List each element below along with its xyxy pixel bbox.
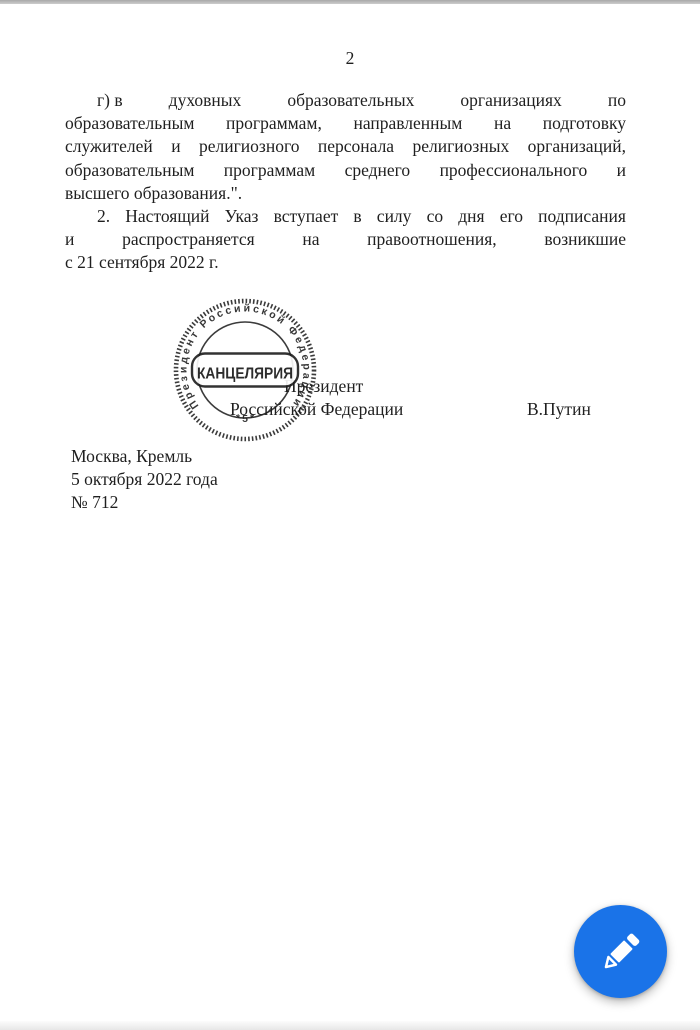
body-word: Настоящий bbox=[125, 205, 209, 228]
body-word: программам bbox=[224, 159, 315, 182]
document-body: г) вдуховныхобразовательныхорганизацияхп… bbox=[65, 89, 626, 275]
body-word: религиозных bbox=[413, 135, 510, 158]
body-word: в bbox=[353, 205, 361, 228]
body-word: вступает bbox=[274, 205, 339, 228]
body-word: образовательным bbox=[65, 159, 194, 182]
body-word: силу bbox=[377, 205, 412, 228]
body-word: распространяется bbox=[122, 228, 255, 251]
body-word: и bbox=[65, 228, 74, 251]
body-word: подготовку bbox=[543, 112, 626, 135]
body-word: 2. bbox=[97, 205, 110, 228]
signature-name: В.Путин bbox=[527, 399, 591, 420]
decree-number: № 712 bbox=[71, 491, 218, 514]
body-word: духовных bbox=[169, 89, 242, 112]
body-word: среднего bbox=[345, 159, 411, 182]
body-word: образовательных bbox=[287, 89, 414, 112]
body-line: с 21 сентября 2022 г. bbox=[65, 251, 626, 274]
page-separator-top bbox=[0, 0, 700, 4]
body-word: и bbox=[171, 135, 180, 158]
body-word: профессионального bbox=[440, 159, 588, 182]
body-word: образовательным bbox=[65, 112, 194, 135]
body-word: возникшие bbox=[544, 228, 626, 251]
issuance-place: Москва, Кремль bbox=[71, 445, 218, 468]
pencil-icon bbox=[598, 929, 644, 975]
body-word: правоотношения, bbox=[367, 228, 496, 251]
body-line: 2.НастоящийУказвступаетвсилусодняегоподп… bbox=[97, 205, 626, 228]
body-word: подписания bbox=[538, 205, 626, 228]
body-word: по bbox=[608, 89, 626, 112]
body-word: дня bbox=[458, 205, 484, 228]
issuance-block: Москва, Кремль 5 октября 2022 года № 712 bbox=[71, 445, 218, 515]
stamp-center-label: КАНЦЕЛЯРИЯ bbox=[197, 366, 293, 383]
edit-fab-button[interactable] bbox=[574, 905, 667, 998]
body-word: г) в bbox=[97, 89, 123, 112]
body-line: высшего образования.". bbox=[65, 182, 626, 205]
body-word: и bbox=[617, 159, 626, 182]
body-line: служителейирелигиозногоперсоналарелигиоз… bbox=[65, 135, 626, 158]
chancellery-stamp: Президент Российской Федерации * 5 * КАН… bbox=[172, 297, 318, 443]
page-bottom-gap bbox=[0, 1021, 700, 1030]
body-line: г) вдуховныхобразовательныхорганизацияхп… bbox=[97, 89, 626, 112]
body-word: организаций, bbox=[528, 135, 626, 158]
body-word: персонала bbox=[318, 135, 394, 158]
issuance-date: 5 октября 2022 года bbox=[71, 468, 218, 491]
body-word: программам, bbox=[226, 112, 322, 135]
body-word: направленным bbox=[353, 112, 462, 135]
body-word: на bbox=[302, 228, 319, 251]
body-line: образовательнымпрограммамсреднегопрофесс… bbox=[65, 159, 626, 182]
body-word: религиозного bbox=[199, 135, 299, 158]
body-word: служителей bbox=[65, 135, 153, 158]
body-word: Указ bbox=[225, 205, 259, 228]
stamp-bottom-number: * 5 * bbox=[235, 412, 257, 425]
body-line: образовательнымпрограммам,направленнымна… bbox=[65, 112, 626, 135]
body-word: его bbox=[500, 205, 523, 228]
page-number: 2 bbox=[0, 48, 700, 69]
body-word: со bbox=[427, 205, 444, 228]
body-word: на bbox=[494, 112, 511, 135]
body-line: ираспространяетсянаправоотношения,возник… bbox=[65, 228, 626, 251]
body-word: организациях bbox=[460, 89, 561, 112]
